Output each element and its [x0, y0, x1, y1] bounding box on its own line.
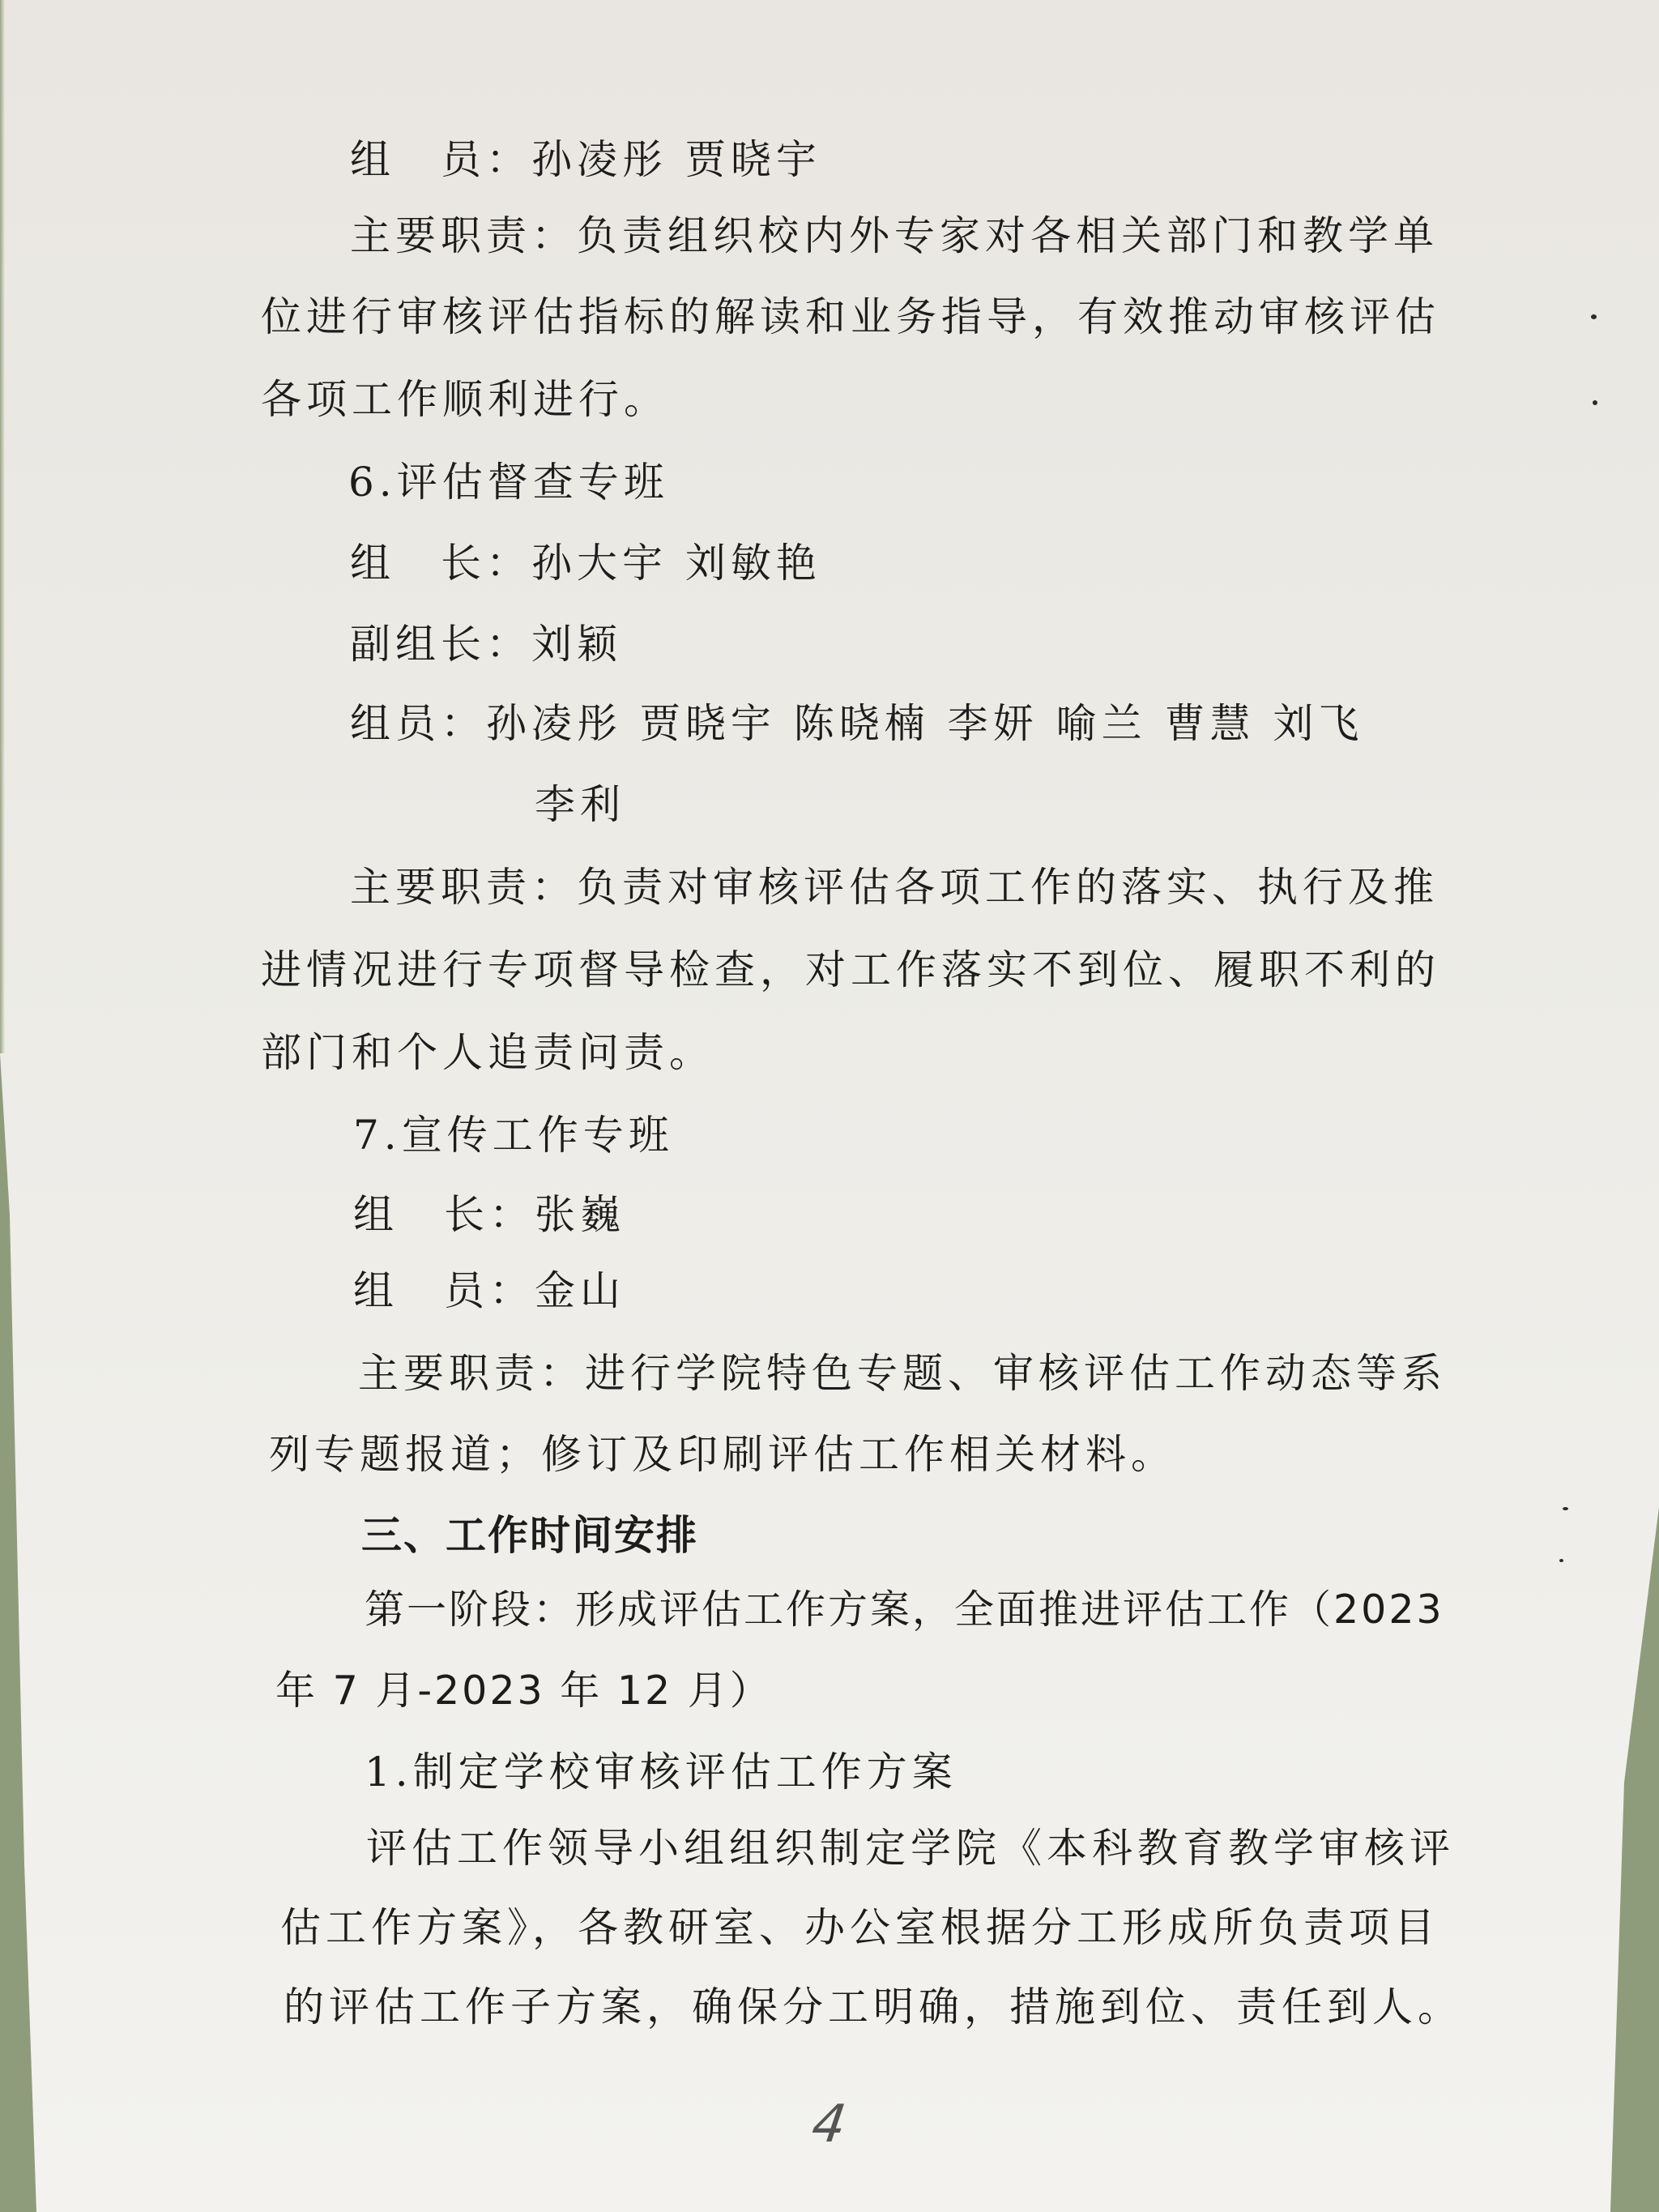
text-line: 估工作方案》，各教研室、办公室根据分工形成所负责项目 — [280, 1907, 1439, 1948]
subsection-title: 6.评估督查专班 — [348, 462, 669, 502]
text-line: 组 员：孙凌彤 贾晓宇 — [350, 139, 821, 180]
text-line: 李利 — [535, 784, 625, 825]
text-line: 进情况进行专项督导检查，对工作落实不到位、履职不利的 — [261, 950, 1440, 990]
text-line: 评估工作领导小组组织制定学院《本科教育教学审核评 — [366, 1828, 1455, 1868]
text-line: 组 长：张巍 — [353, 1194, 625, 1235]
ink-speck — [1563, 1507, 1568, 1510]
subsection-title: 7.宣传工作专班 — [353, 1115, 674, 1155]
text-line: 部门和个人追责问责。 — [261, 1032, 714, 1073]
page-edge-shadow — [0, 0, 5, 1053]
text-line: 主要职责：负责组织校内外专家对各相关部门和教学单 — [350, 216, 1439, 256]
text-line: 主要职责：负责对审核评估各项工作的落实、执行及推 — [350, 867, 1439, 907]
phase-line: 第一阶段：形成评估工作方案，全面推进评估工作（2023 — [365, 1590, 1444, 1629]
text-line: 的评估工作子方案，确保分工明确，措施到位、责任到人。 — [284, 1987, 1463, 2027]
text-line: 组员：孙凌彤 贾晓宇 陈晓楠 李妍 喻兰 曹慧 刘飞 — [350, 703, 1363, 744]
handwritten-page-number: 4 — [808, 2095, 850, 2154]
ink-speck — [1559, 1559, 1563, 1562]
phase-line: 年 7 月-2023 年 12 月） — [275, 1671, 772, 1710]
subsection-title: 1.制定学校审核评估工作方案 — [365, 1752, 957, 1792]
text-line: 组 员：金山 — [353, 1270, 625, 1311]
text-line: 位进行审核评估指标的解读和业务指导，有效推动审核评估 — [261, 297, 1440, 337]
text-line: 副组长：刘颖 — [350, 624, 622, 664]
text-line: 列专题报道；修订及印刷评估工作相关材料。 — [269, 1434, 1176, 1475]
text-line: 组 长：孙大宇 刘敏艳 — [350, 543, 821, 583]
ink-speck — [1591, 314, 1597, 319]
text-line: 主要职责：进行学院特色专题、审核评估工作动态等系 — [358, 1353, 1447, 1394]
section-heading: 三、工作时间安排 — [361, 1515, 698, 1556]
document-page: 组 员：孙凌彤 贾晓宇 主要职责：负责组织校内外专家对各相关部门和教学单 位进行… — [0, 0, 1659, 2212]
text-line: 各项工作顺利进行。 — [261, 379, 669, 420]
ink-speck — [1593, 400, 1597, 405]
